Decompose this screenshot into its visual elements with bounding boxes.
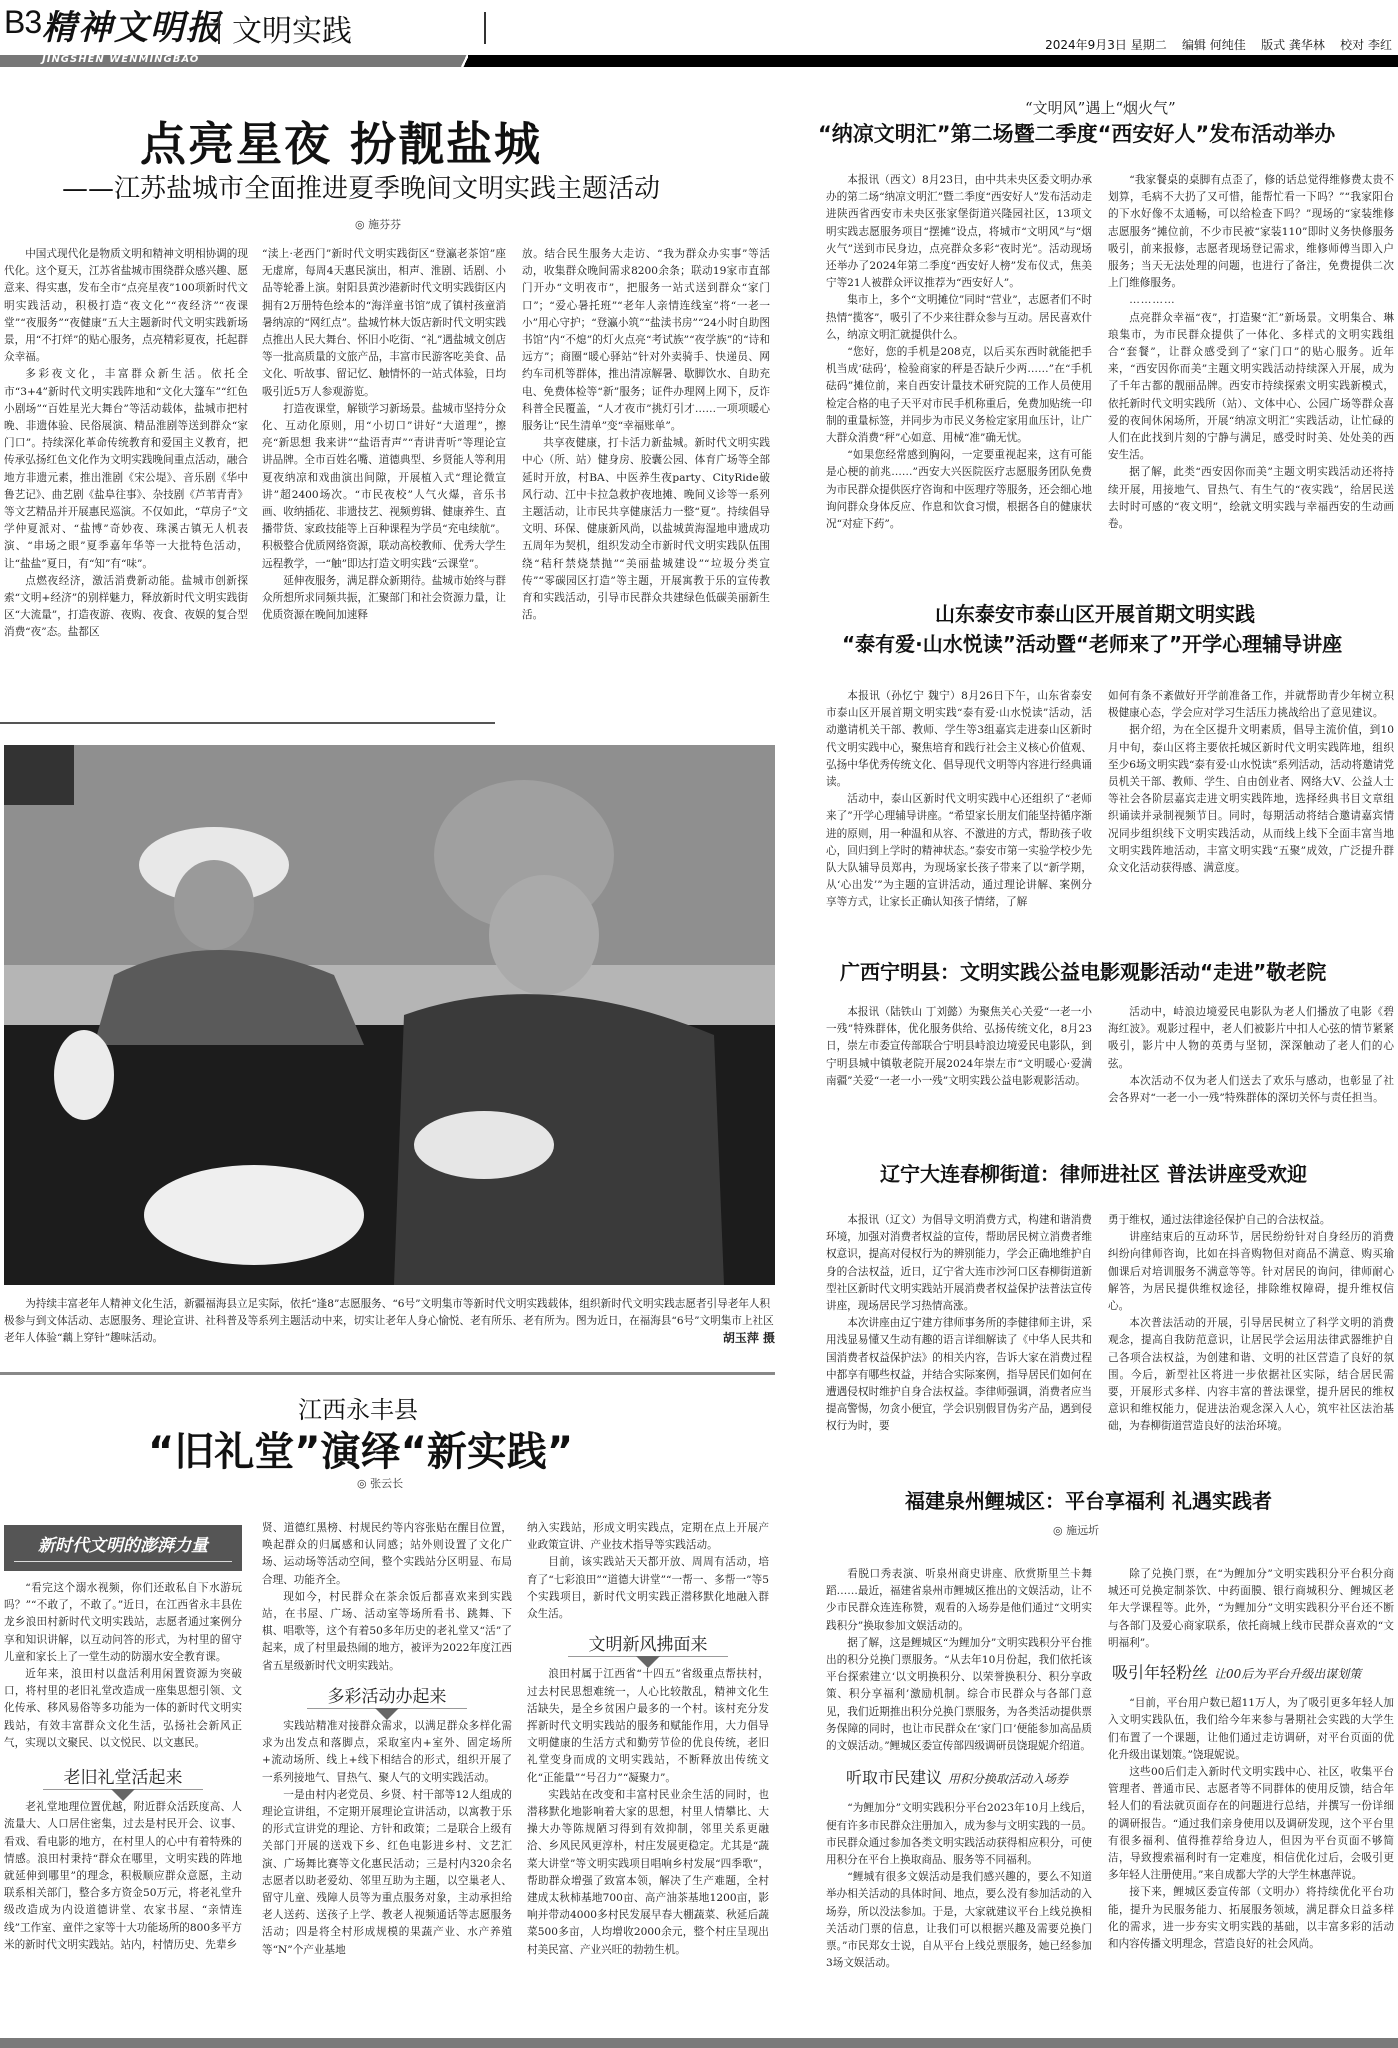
lead-title: 点亮星夜 扮靓盐城 (140, 108, 542, 174)
paragraph: 这些00后们走入新时代文明实践中心、社区，收集平台管理者、普通市民、志愿者等不同… (1108, 1764, 1394, 1884)
paragraph: 活动中，泰山区新时代文明实践中心还组织了“老师来了”开学心理辅导讲座。“希望家长… (826, 791, 1092, 911)
subheading-main: 听取市民建议 (846, 1768, 942, 1787)
paragraph: 接下来，鲤城区委宣传部（文明办）将持续优化平台功能，提升为民服务能力、拓展服务领… (1108, 1884, 1394, 1953)
xian-title: “纳凉文明汇”第二场暨二季度“西安好人”发布活动举办 (818, 118, 1335, 148)
paragraph: 目前，该实践站天天都开放、周周有活动，培育了“七彩浪田”“道德大讲堂”“一帮一、… (527, 1554, 769, 1623)
paragraph: 讲座结束后的互动环节，居民纷纷针对自身经历的消费纠纷向律师咨询，比如在抖音购物但… (1108, 1229, 1394, 1315)
photo-caption: 为持续丰富老年人精神文化生活，新疆福海县立足实际，依托“逢8”志愿服务、“6号”… (4, 1296, 775, 1347)
lead-column-3: 放。结合民生服务大走访、“我为群众办实事”等活动，收集群众晚间需求8200余条；… (522, 246, 770, 624)
ellipsis-break: ………… (1108, 292, 1394, 309)
fujian-column-2: 除了兑换门票，在“为鲤加分”文明实践积分平台积分商城还可兑换定制茶饮、中药面膜、… (1108, 1566, 1394, 1953)
paragraph: 中国式现代化是物质文明和精神文明相协调的现代化。这个夏天，江苏省盐城市围绕群众感… (4, 246, 248, 366)
paragraph: 本报讯（孙忆宁 魏宁）8月26日下午，山东省泰安市泰山区开展首期文明实践“泰有爱… (826, 688, 1092, 791)
subheading-tag: 让00后为平台升级出谋划策 (1214, 1667, 1361, 1681)
xian-kicker: “文明风”遇上“烟火气” (1025, 97, 1176, 118)
jiangxi-column-2: 贤、道德红黑榜、村规民约等内容张贴在醒目位置，唤起群众的归属感和认同感；站外则设… (262, 1520, 512, 1959)
jiangxi-column-1: “看完这个溺水视频，你们还敢私自下水游玩吗？”“不敢了，不敢了。”近日，在江西省… (4, 1580, 242, 1954)
paragraph: 据介绍，为在全区提升文明素质，倡导主流价值，到10月中旬，泰山区将主要依托城区新… (1108, 722, 1394, 877)
photo-credit: 胡玉萍 摄 (702, 1330, 775, 1347)
xian-column-2: “我家餐桌的桌脚有点歪了，修的话总觉得维修费太贵不划算，毛病不大扔了又可惜，能帮… (1108, 172, 1394, 533)
paragraph: “为鲤加分”文明实践积分平台2023年10月上线后，便有许多市民群众注册加入，成… (826, 1800, 1092, 1869)
paragraph: 看脱口秀表演、听泉州商史讲座、欣赏斯里兰卡舞蹈……最近，福建省泉州市鲤城区推出的… (826, 1566, 1092, 1635)
subheading: 吸引年轻粉丝让00后为平台升级出谋划策 (1112, 1664, 1394, 1683)
fujian-column-1: 看脱口秀表演、听泉州商史讲座、欣赏斯里兰卡舞蹈……最近，福建省泉州市鲤城区推出的… (826, 1566, 1092, 1972)
xian-column-1: 本报讯（西文）8月23日，由中共未央区委文明办承办的第二场“纳凉文明汇”暨二季度… (826, 172, 1092, 533)
issue-meta: 2024年9月3日 星期二 编辑 何纯佳 版式 龚华林 校对 李红 (1045, 36, 1392, 53)
paragraph: 本次讲座由辽宁建方律师事务所的李健律师主讲，采用浅显易懂又生动有趣的语言详细解读… (826, 1315, 1092, 1435)
jiangxi-byline: ◎ 张云长 (357, 1475, 403, 1491)
paragraph: 一是由村内老党员、乡贤、村干部等12人组成的理论宣讲组，不定期开展理论宣讲活动，… (262, 1787, 512, 1959)
subheading: 文明新风拂面来 (527, 1637, 769, 1654)
guangxi-title: 广西宁明县：文明实践公益电影观影活动“走进”敬老院 (840, 956, 1326, 985)
subheading: 听取市民建议用积分换取活动入场券 (846, 1769, 1092, 1788)
masthead: B3 精神文明报 文明实践 2024年9月3日 星期二 编辑 何纯佳 版式 龚华… (0, 0, 1398, 60)
lead-byline: ◎ 施芬芬 (355, 216, 401, 232)
subheading-tag: 用积分换取活动入场券 (948, 1772, 1068, 1786)
jiangxi-title: “旧礼堂”演绎“新实践” (148, 1420, 573, 1477)
paragraph: 实践站精准对接群众需求，以满足群众多样化需求为出发点和落脚点，采取室内+室外、固… (262, 1718, 512, 1787)
paragraph: 除了兑换门票，在“为鲤加分”文明实践积分平台积分商城还可兑换定制茶饮、中药面膜、… (1108, 1566, 1394, 1652)
paragraph: 本次活动不仅为老人们送去了欢乐与感动，也彰显了社会各界对“一老一小一残”特殊群体… (1108, 1073, 1394, 1107)
shandong-column-2: 如何有条不紊做好开学前准备工作，并就帮助青少年树立积极健康心态，学会应对学习生活… (1108, 688, 1394, 877)
issue-date: 2024年9月3日 星期二 (1045, 38, 1167, 52)
paragraph: 贤、道德红黑榜、村规民约等内容张贴在醒目位置，唤起群众的归属感和认同感；站外则设… (262, 1520, 512, 1589)
editor: 编辑 何纯佳 (1182, 38, 1246, 52)
lead-subtitle: ——江苏盐城市全面推进夏季晚间文明实践主题活动 (62, 168, 660, 205)
paragraph: 现如今，村民群众在茶余饭后都喜欢来到实践站，在书屋、广场、活动室等场所看书、跳舞… (262, 1589, 512, 1675)
photo-illustration (4, 745, 775, 1285)
column-tag: 新时代文明的澎湃力量 (4, 1525, 242, 1571)
guangxi-column-1: 本报讯（陆铁山 丁刘懿）为聚焦关心关爱“一老一小一残”特殊群体，优化服务供给、弘… (826, 1004, 1092, 1090)
section-title: 文明实践 (232, 6, 352, 50)
paragraph: 如何有条不紊做好开学前准备工作，并就帮助青少年树立积极健康心态，学会应对学习生活… (1108, 688, 1394, 722)
paragraph: 共享夜健康，打卡活力新盐城。新时代文明实践中心（所、站）健身房、胶囊公园、体育广… (522, 435, 770, 624)
fujian-title: 福建泉州鲤城区：平台享福利 礼遇实践者 (905, 1485, 1272, 1514)
shandong-title-line-1: 山东泰安市泰山区开展首期文明实践 (935, 598, 1255, 627)
shandong-title-line-2: “泰有爱·山水悦读”活动暨“老师来了”开学心理辅导讲座 (842, 628, 1342, 657)
paragraph: “如果您经常感到胸闷，一定要重视起来，这有可能是心梗的前兆……”西安大兴医院医疗… (826, 447, 1092, 533)
paragraph: 多彩夜文化，丰富群众新生活。依托全市“3+4”新时代文明实践阵地和“文化大篷车”… (4, 366, 248, 572)
liaoning-column-2: 勇于维权，通过法律途径保护自己的合法权益。 讲座结束后的互动环节，居民纷纷针对自… (1108, 1212, 1394, 1436)
subheading-ornament (307, 1708, 467, 1718)
paragraph: 活动中，峙浪边境爱民电影队为老人们播放了电影《碧海红波》。观影过程中，老人们被影… (1108, 1004, 1394, 1073)
subheading: 多彩活动办起来 (262, 1689, 512, 1706)
jiangxi-column-3: 纳入实践站，形成文明实践点，定期在点上开展产业政策宣讲、产业技术指导等实践活动。… (527, 1520, 769, 1959)
paragraph: “渎上·老西门”新时代文明实践街区“登瀛老茶馆”座无虚席，每周4天惠民演出，相声… (262, 246, 506, 401)
liaoning-title: 辽宁大连春柳街道：律师进社区 普法讲座受欢迎 (880, 1158, 1307, 1187)
caption-text: 为持续丰富老年人精神文化生活，新疆福海县立足实际，依托“逢8”志愿服务、“6号”… (4, 1298, 774, 1344)
section-divider (0, 722, 495, 724)
paragraph: 本报讯（辽文）为倡导文明消费方式，构建和谐消费环境，加强对消费者权益的宣传，帮助… (826, 1212, 1092, 1315)
subheading-ornament (568, 1656, 728, 1666)
lead-column-2: “渎上·老西门”新时代文明实践街区“登瀛老茶馆”座无虚席，每周4天惠民演出，相声… (262, 246, 506, 624)
shandong-column-1: 本报讯（孙忆宁 魏宁）8月26日下午，山东省泰安市泰山区开展首期文明实践“泰有爱… (826, 688, 1092, 912)
paragraph: 放。结合民生服务大走访、“我为群众办实事”等活动，收集群众晚间需求8200余条；… (522, 246, 770, 435)
paragraph: 实践站在改变和丰富村民业余生活的同时，也潜移默化地影响着大家的思想，村里人情攀比… (527, 1787, 769, 1959)
proofreader: 校对 李红 (1340, 38, 1392, 52)
paper-pinyin: JINGSHEN WENMINGBAO (42, 54, 199, 65)
paragraph: “鲤城有很多文娱活动是我们感兴趣的，要么不知道举办相关活动的具体时间、地点，要么… (826, 1869, 1092, 1972)
liaoning-column-1: 本报讯（辽文）为倡导文明消费方式，构建和谐消费环境，加强对消费者权益的宣传，帮助… (826, 1212, 1092, 1436)
paragraph: 本报讯（西文）8月23日，由中共未央区委文明办承办的第二场“纳凉文明汇”暨二季度… (826, 172, 1092, 292)
paragraph: “目前，平台用户数已超11万人，为了吸引更多年轻人加入文明实践队伍，我们给今年来… (1108, 1695, 1394, 1764)
paragraph: 点燃夜经济，激活消费新动能。盐城市创新探索“文明+经济”的别样魅力，释放新时代文… (4, 573, 248, 642)
paragraph: “我家餐桌的桌脚有点歪了，修的话总觉得维修费太贵不划算，毛病不大扔了又可惜，能帮… (1108, 172, 1394, 292)
paragraph: “看完这个溺水视频，你们还敢私自下水游玩吗？”“不敢了，不敢了。”近日，在江西省… (4, 1580, 242, 1666)
section-divider (0, 1372, 775, 1375)
paragraph: 本报讯（陆铁山 丁刘懿）为聚焦关心关爱“一老一小一残”特殊群体，优化服务供给、弘… (826, 1004, 1092, 1090)
paragraph: 浪田村属于江西省“十四五”省级重点帮扶村，过去村民思想难统一，人心比较散乱，精神… (527, 1666, 769, 1786)
divider (218, 12, 220, 44)
pinyin-bar: JINGSHEN WENMINGBAO (0, 55, 460, 67)
paragraph: 勇于维权，通过法律途径保护自己的合法权益。 (1108, 1212, 1394, 1229)
paragraph: 据了解，这是鲤城区“为鲤加分”文明实践积分平台推出的积分兑换门票服务。“从去年1… (826, 1635, 1092, 1755)
paragraph: 纳入实践站，形成文明实践点，定期在点上开展产业政策宣讲、产业技术指导等实践活动。 (527, 1520, 769, 1554)
news-photo (4, 745, 775, 1285)
lead-column-1: 中国式现代化是物质文明和精神文明相协调的现代化。这个夏天，江苏省盐城市围绕群众感… (4, 246, 248, 642)
paragraph: 延伸夜服务，满足群众新期待。盐城市始终与群众所想所求同频共振，汇聚部门和社会资源… (262, 573, 506, 625)
layout-designer: 版式 龚华林 (1261, 38, 1325, 52)
divider (484, 12, 486, 44)
paragraph: 老礼堂地理位置优越，附近群众活跃度高、人流量大、人口居住密集，过去是村民开会、议… (4, 1799, 242, 1954)
guangxi-column-2: 活动中，峙浪边境爱民电影队为老人们播放了电影《碧海红波》。观影过程中，老人们被影… (1108, 1004, 1394, 1107)
footer-bar (0, 2038, 1398, 2048)
subheading-main: 吸引年轻粉丝 (1112, 1663, 1208, 1682)
paragraph: 本次普法活动的开展，引导居民树立了科学文明的消费观念，提高自我防范意识，让居民学… (1108, 1315, 1394, 1435)
paragraph: 点亮群众幸福“夜”，打造聚“汇”新场景。文明集合、琳琅集市，为市民群众提供了一体… (1108, 310, 1394, 465)
paragraph: 近年来，浪田村以盘活利用闲置资源为突破口，将村里的老旧礼堂改造成一座集思想引领、… (4, 1666, 242, 1752)
subheading: 老旧礼堂活起来 (4, 1770, 242, 1787)
paragraph: 集市上，多个“文明摊位”同时“营业”，志愿者们不时热情“揽客”，吸引了不少来往群… (826, 292, 1092, 344)
paragraph: “您好，您的手机是208克，以后买东西时就能把手机当成‘砝码’，检验商家的秤是否… (826, 344, 1092, 447)
fujian-byline: ◎ 施远圻 (1053, 1522, 1099, 1538)
page-number: B3 (4, 4, 41, 41)
paper-logo: 精神文明报 (42, 0, 222, 49)
subheading-ornament (43, 1789, 203, 1799)
black-bar (468, 55, 1398, 67)
paragraph: 据了解，此类“西安因你而美”主题文明实践活动还将持续开展，用接地气、冒热气、有生… (1108, 464, 1394, 533)
paragraph: 打造夜课堂，解锁学习新场景。盐城市坚持分众化、互动化原则，用“小切口”讲好“大道… (262, 401, 506, 573)
